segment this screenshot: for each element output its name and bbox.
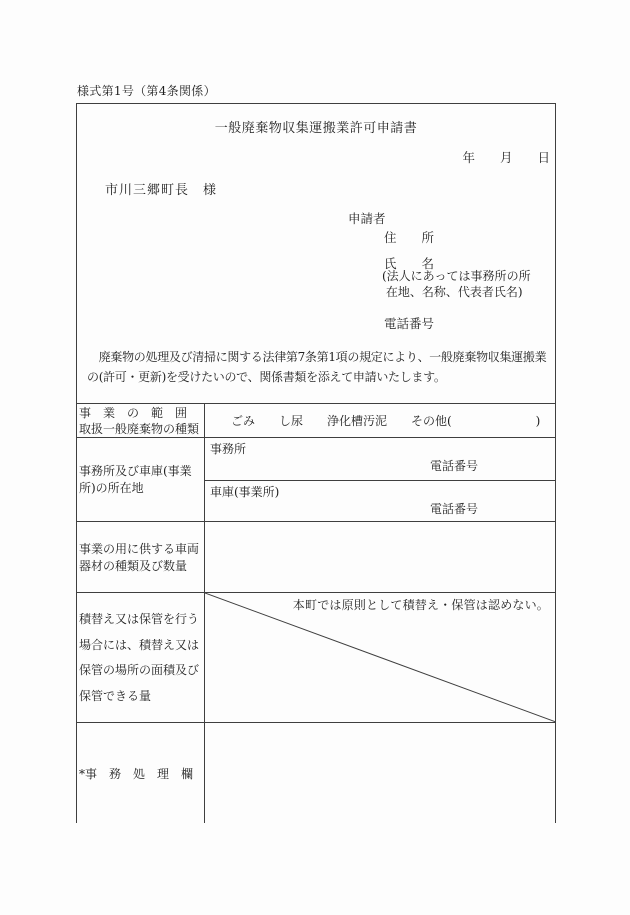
- row-header-admin-processing: *事 務 処 理 欄: [76, 723, 205, 823]
- row-header-locations: 事務所及び車庫(事業 所)の所在地: [76, 438, 205, 521]
- office-phone-label: 電話番号: [430, 458, 556, 475]
- table-row-locations: 事務所及び車庫(事業 所)の所在地 事務所 電話番号 車庫(事業所) 電話番号: [76, 437, 556, 521]
- form-number-label: 様式第1号（第4条関係）: [77, 82, 216, 99]
- applicant-phone-label: 電話番号: [384, 314, 434, 332]
- applicant-address-label: 住 所: [384, 228, 434, 246]
- storage-cell: 本町では原則として積替え・保管は認めない。: [205, 593, 556, 722]
- vehicles-cell: [205, 522, 556, 592]
- row-header-storage: 積替え又は保管を行う 場合には、積替え又は 保管の場所の面積及び 保管できる量: [76, 593, 205, 722]
- office-location-subcell: 事務所 電話番号: [205, 438, 556, 480]
- locations-cell: 事務所 電話番号 車庫(事業所) 電話番号: [205, 438, 556, 521]
- table-row-vehicles: 事業の用に供する車両 器材の種類及び数量: [76, 521, 556, 592]
- admin-processing-cell: [205, 723, 556, 823]
- garage-phone-label: 電話番号: [430, 501, 556, 518]
- form-title: 一般廃棄物収集運搬業許可申請書: [77, 117, 555, 136]
- table-row-business-scope: 事 業 の 範 囲 取扱一般廃棄物の種類 ごみ し尿 浄化槽汚泥 その他( ): [76, 403, 556, 437]
- table-row-admin: *事 務 処 理 欄: [76, 722, 556, 823]
- document-page: 様式第1号（第4条関係） 一般廃棄物収集運搬業許可申請書 年 月 日 市川三郷町…: [0, 0, 630, 915]
- storage-prohibition-note: 本町では原則として積替え・保管は認めない。: [293, 596, 549, 613]
- applicant-label: 申請者: [348, 209, 386, 227]
- table-row-storage: 積替え又は保管を行う 場合には、積替え又は 保管の場所の面積及び 保管できる量 …: [76, 592, 556, 722]
- date-line: 年 月 日: [462, 148, 550, 166]
- form-table: 事 業 の 範 囲 取扱一般廃棄物の種類 ごみ し尿 浄化槽汚泥 その他( ) …: [76, 403, 556, 823]
- garage-location-subcell: 車庫(事業所) 電話番号: [205, 480, 556, 522]
- row-header-business-scope: 事 業 の 範 囲 取扱一般廃棄物の種類: [76, 404, 205, 437]
- waste-type-options-cell: ごみ し尿 浄化槽汚泥 その他( ): [205, 404, 556, 437]
- addressee: 市川三郷町長 様: [105, 179, 217, 198]
- corporate-note: (法人にあっては事務所の所 在地、名称、代表者氏名): [382, 269, 531, 300]
- application-statement: 廃棄物の処理及び清掃に関する法律第7条第1項の規定により、一般廃棄物収集運搬業 …: [87, 347, 551, 387]
- office-label: 事務所: [205, 438, 556, 458]
- row-header-vehicles: 事業の用に供する車両 器材の種類及び数量: [76, 522, 205, 592]
- garage-label: 車庫(事業所): [205, 481, 556, 501]
